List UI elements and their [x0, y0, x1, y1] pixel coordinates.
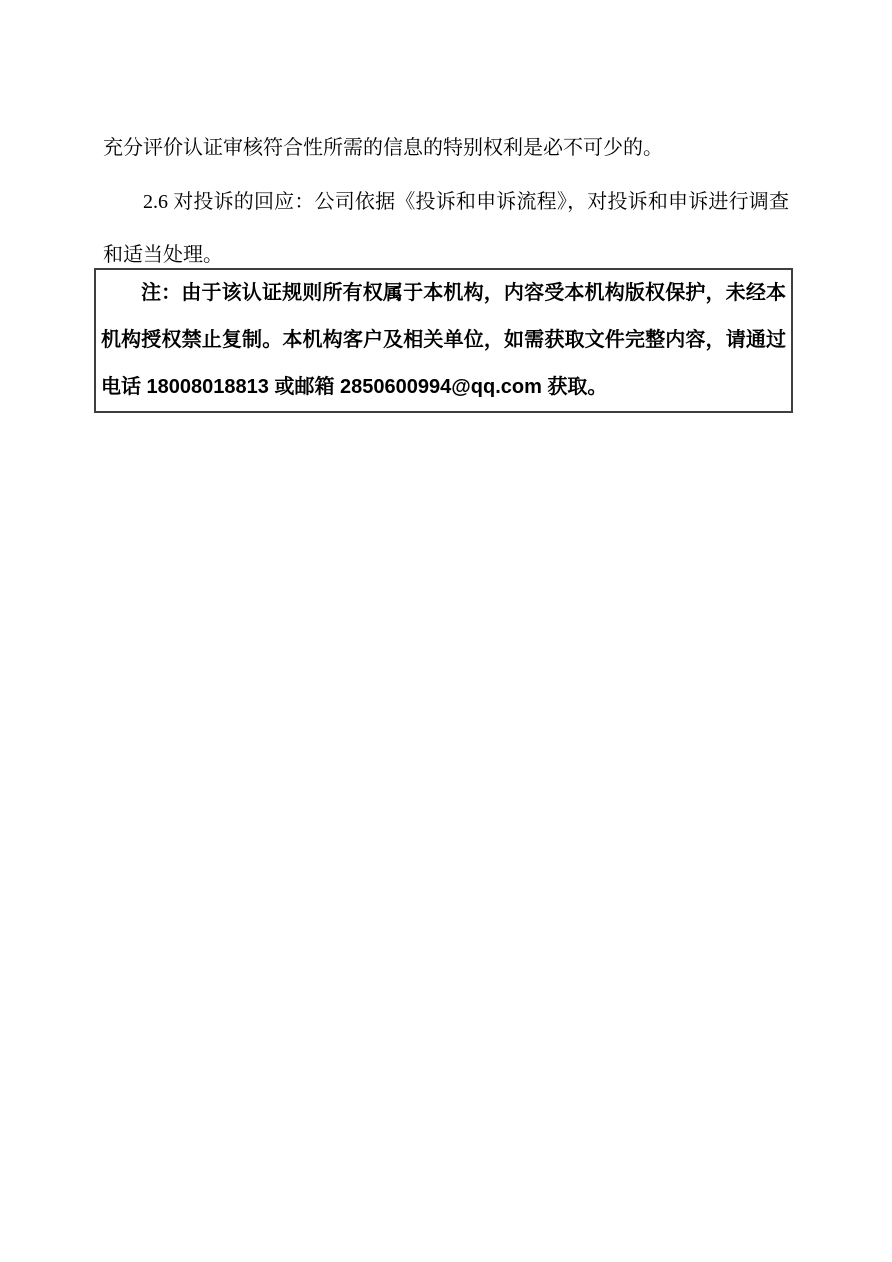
body-paragraph-continuation: 充分评价认证审核符合性所需的信息的特别权利是必不可少的。 [103, 122, 789, 175]
paragraph-text: 2.6 对投诉的回应：公司依据《投诉和申诉流程》，对投诉和申诉进行调查和适当处理… [103, 191, 789, 266]
body-paragraph-clause-2-6: 2.6 对投诉的回应：公司依据《投诉和申诉流程》，对投诉和申诉进行调查和适当处理… [103, 176, 789, 282]
copyright-note-box: 注：由于该认证规则所有权属于本机构，内容受本机构版权保护，未经本机构授权禁止复制… [94, 268, 793, 413]
paragraph-text: 充分评价认证审核符合性所需的信息的特别权利是必不可少的。 [103, 137, 663, 159]
document-page: 充分评价认证审核符合性所需的信息的特别权利是必不可少的。 2.6 对投诉的回应：… [0, 0, 892, 1262]
note-text: 注：由于该认证规则所有权属于本机构，内容受本机构版权保护，未经本机构授权禁止复制… [101, 282, 786, 398]
